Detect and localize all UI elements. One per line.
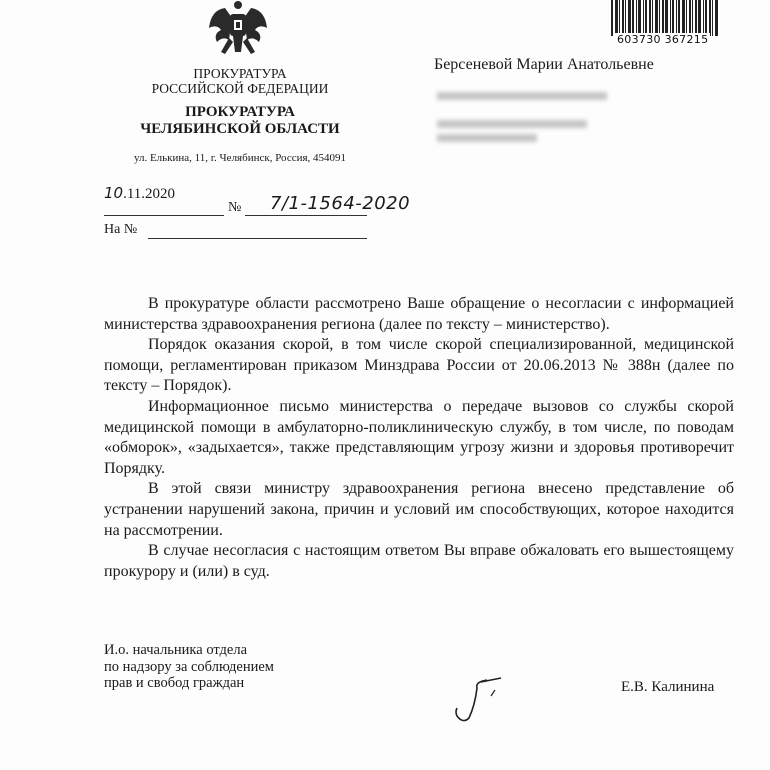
paragraph: Информационное письмо министерства о пер… [104,397,734,479]
barcode: 603730 367215 [611,0,741,48]
number-label: № [228,200,241,216]
signatory-title-line2: по надзору за соблюдением [104,659,274,676]
redacted-line [437,120,587,128]
redacted-line [437,92,607,100]
reference-label: На № [104,222,137,238]
handwritten-signature-icon [445,660,525,725]
paragraph: В этой связи министру здравоохранения ре… [104,479,734,541]
org-line2: РОССИЙСКОЙ ФЕДЕРАЦИИ [100,81,380,96]
recipient-name: Берсеневой Марии Анатольевне [434,56,654,74]
registration-number: 7/1-1564-2020 [270,193,410,214]
reference-underline [148,238,367,239]
org-address: ул. Елькина, 11, г. Челябинск, Россия, 4… [100,152,380,164]
date-printed: .11.2020 [123,186,175,202]
org-regional: ПРОКУРАТУРА ЧЕЛЯБИНСКОЙ ОБЛАСТИ [100,104,380,138]
paragraph: В прокуратуре области рассмотрено Ваше о… [104,294,734,335]
signatory-title-line3: прав и свобод граждан [104,675,274,692]
org-bold-line2: ЧЕЛЯБИНСКОЙ ОБЛАСТИ [100,121,380,138]
org-line1: ПРОКУРАТУРА [100,66,380,81]
org-bold-line1: ПРОКУРАТУРА [100,104,380,121]
signatory-title-line1: И.о. начальника отдела [104,642,274,659]
barcode-number: 603730 367215 [615,33,710,46]
letter-date: 10.11.2020 [104,184,175,203]
signatory-name: Е.В. Калинина [621,679,714,696]
org-federal: ПРОКУРАТУРА РОССИЙСКОЙ ФЕДЕРАЦИИ [100,66,380,96]
signatory-title: И.о. начальника отдела по надзору за соб… [104,642,274,692]
number-underline [245,215,367,216]
date-underline [104,215,224,216]
paragraph: В случае несогласия с настоящим ответом … [104,541,734,582]
paragraph: Порядок оказания скорой, в том числе ско… [104,335,734,397]
redacted-line [437,134,537,142]
date-handwritten: 10 [104,184,123,202]
barcode-bars-icon [611,0,741,36]
coat-of-arms-icon [205,0,271,58]
letter-body: В прокуратуре области рассмотрено Ваше о… [104,294,734,582]
